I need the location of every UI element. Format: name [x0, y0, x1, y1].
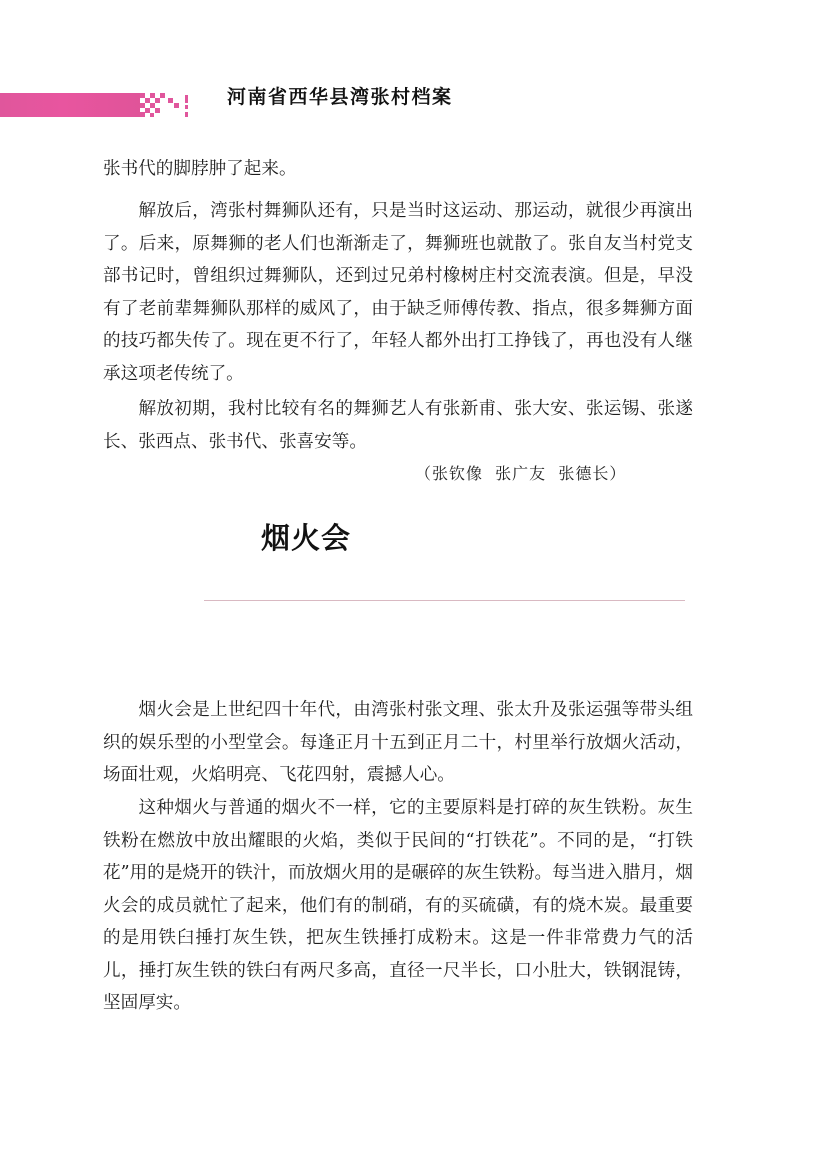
paragraph-continued: 张书代的脚脖肿了起来。: [103, 153, 693, 186]
paragraph-fireworks-materials: 这种烟火与普通的烟火不一样，它的主要原料是打碎的灰生铁粉。灰生铁粉在燃放中放出耀…: [103, 792, 693, 1020]
running-header-title: 河南省西华县湾张村档案: [227, 82, 453, 109]
section-divider: [204, 600, 685, 601]
attribution: （张钦像 张广友 张德长）: [415, 461, 626, 484]
header-checker-pattern: [140, 93, 188, 117]
paragraph-lion-dance-decline: 解放后，湾张村舞狮队还有，只是当时这运动、那运动，就很少再演出了。后来，原舞狮的…: [103, 195, 693, 390]
paragraph-fireworks-intro: 烟火会是上世纪四十年代，由湾张村张文理、张太升及张运强等带头组织的娱乐型的小型堂…: [103, 694, 693, 792]
section-title: 烟火会: [261, 516, 351, 557]
header-decoration-bar: [0, 93, 140, 117]
paragraph-lion-dance-artists: 解放初期，我村比较有名的舞狮艺人有张新甫、张大安、张运锡、张遂长、张西点、张书代…: [103, 393, 693, 458]
